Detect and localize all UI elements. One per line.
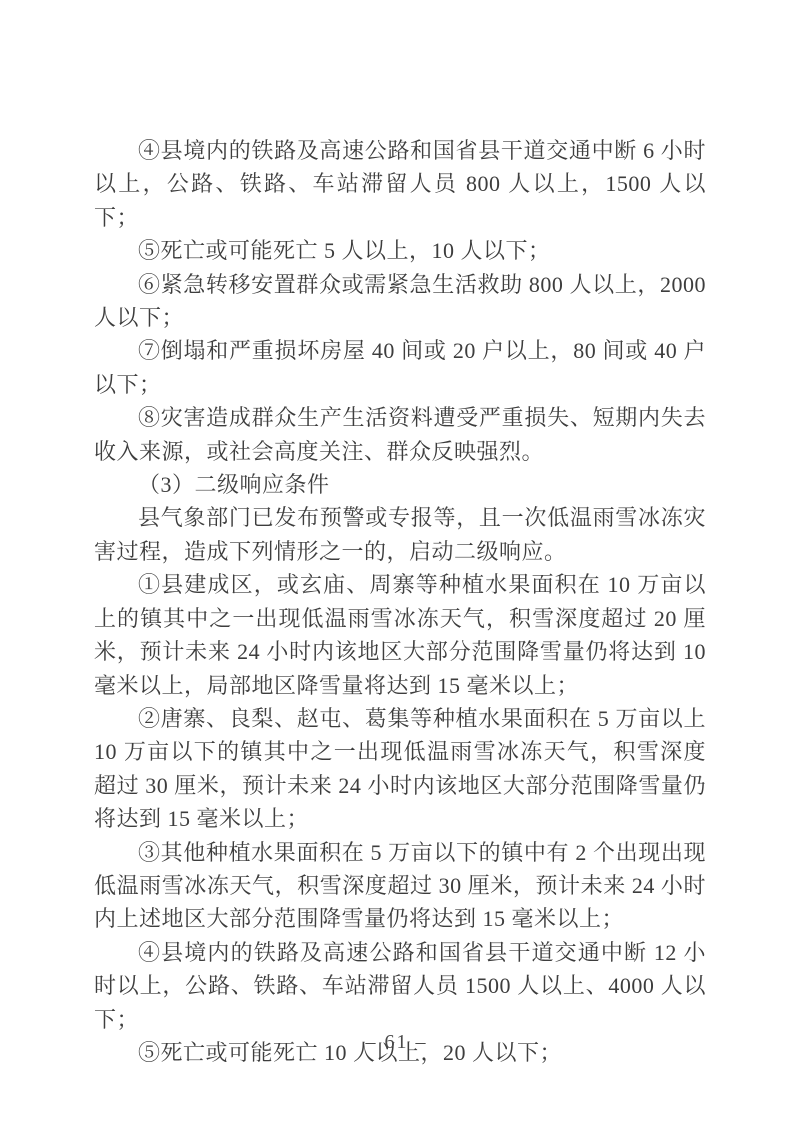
page-footer: – 61 – xyxy=(0,1031,793,1054)
page-number: – 61 – xyxy=(366,1031,428,1053)
paragraph: ④县境内的铁路及高速公路和国省县干道交通中断 12 小时以上，公路、铁路、车站滞… xyxy=(94,936,706,1036)
document-body: ④县境内的铁路及高速公路和国省县干道交通中断 6 小时以上，公路、铁路、车站滞留… xyxy=(94,134,706,1069)
paragraph: ⑥紧急转移安置群众或需紧急生活救助 800 人以上，2000 人以下； xyxy=(94,268,706,335)
paragraph: ①县建成区，或玄庙、周寨等种植水果面积在 10 万亩以上的镇其中之一出现低温雨雪… xyxy=(94,568,706,702)
paragraph: ④县境内的铁路及高速公路和国省县干道交通中断 6 小时以上，公路、铁路、车站滞留… xyxy=(94,134,706,234)
document-page: ④县境内的铁路及高速公路和国省县干道交通中断 6 小时以上，公路、铁路、车站滞留… xyxy=(0,0,793,1122)
section-heading: （3）二级响应条件 xyxy=(94,468,706,501)
paragraph: 县气象部门已发布预警或专报等，且一次低温雨雪冰冻灾害过程，造成下列情形之一的，启… xyxy=(94,501,706,568)
paragraph: ②唐寨、良梨、赵屯、葛集等种植水果面积在 5 万亩以上 10 万亩以下的镇其中之… xyxy=(94,702,706,836)
paragraph: ⑦倒塌和严重损坏房屋 40 间或 20 户以上，80 间或 40 户以下； xyxy=(94,334,706,401)
paragraph: ③其他种植水果面积在 5 万亩以下的镇中有 2 个出现出现低温雨雪冰冻天气，积雪… xyxy=(94,836,706,936)
paragraph: ⑧灾害造成群众生产生活资料遭受严重损失、短期内失去收入来源，或社会高度关注、群众… xyxy=(94,401,706,468)
paragraph: ⑤死亡或可能死亡 5 人以上，10 人以下； xyxy=(94,234,706,267)
